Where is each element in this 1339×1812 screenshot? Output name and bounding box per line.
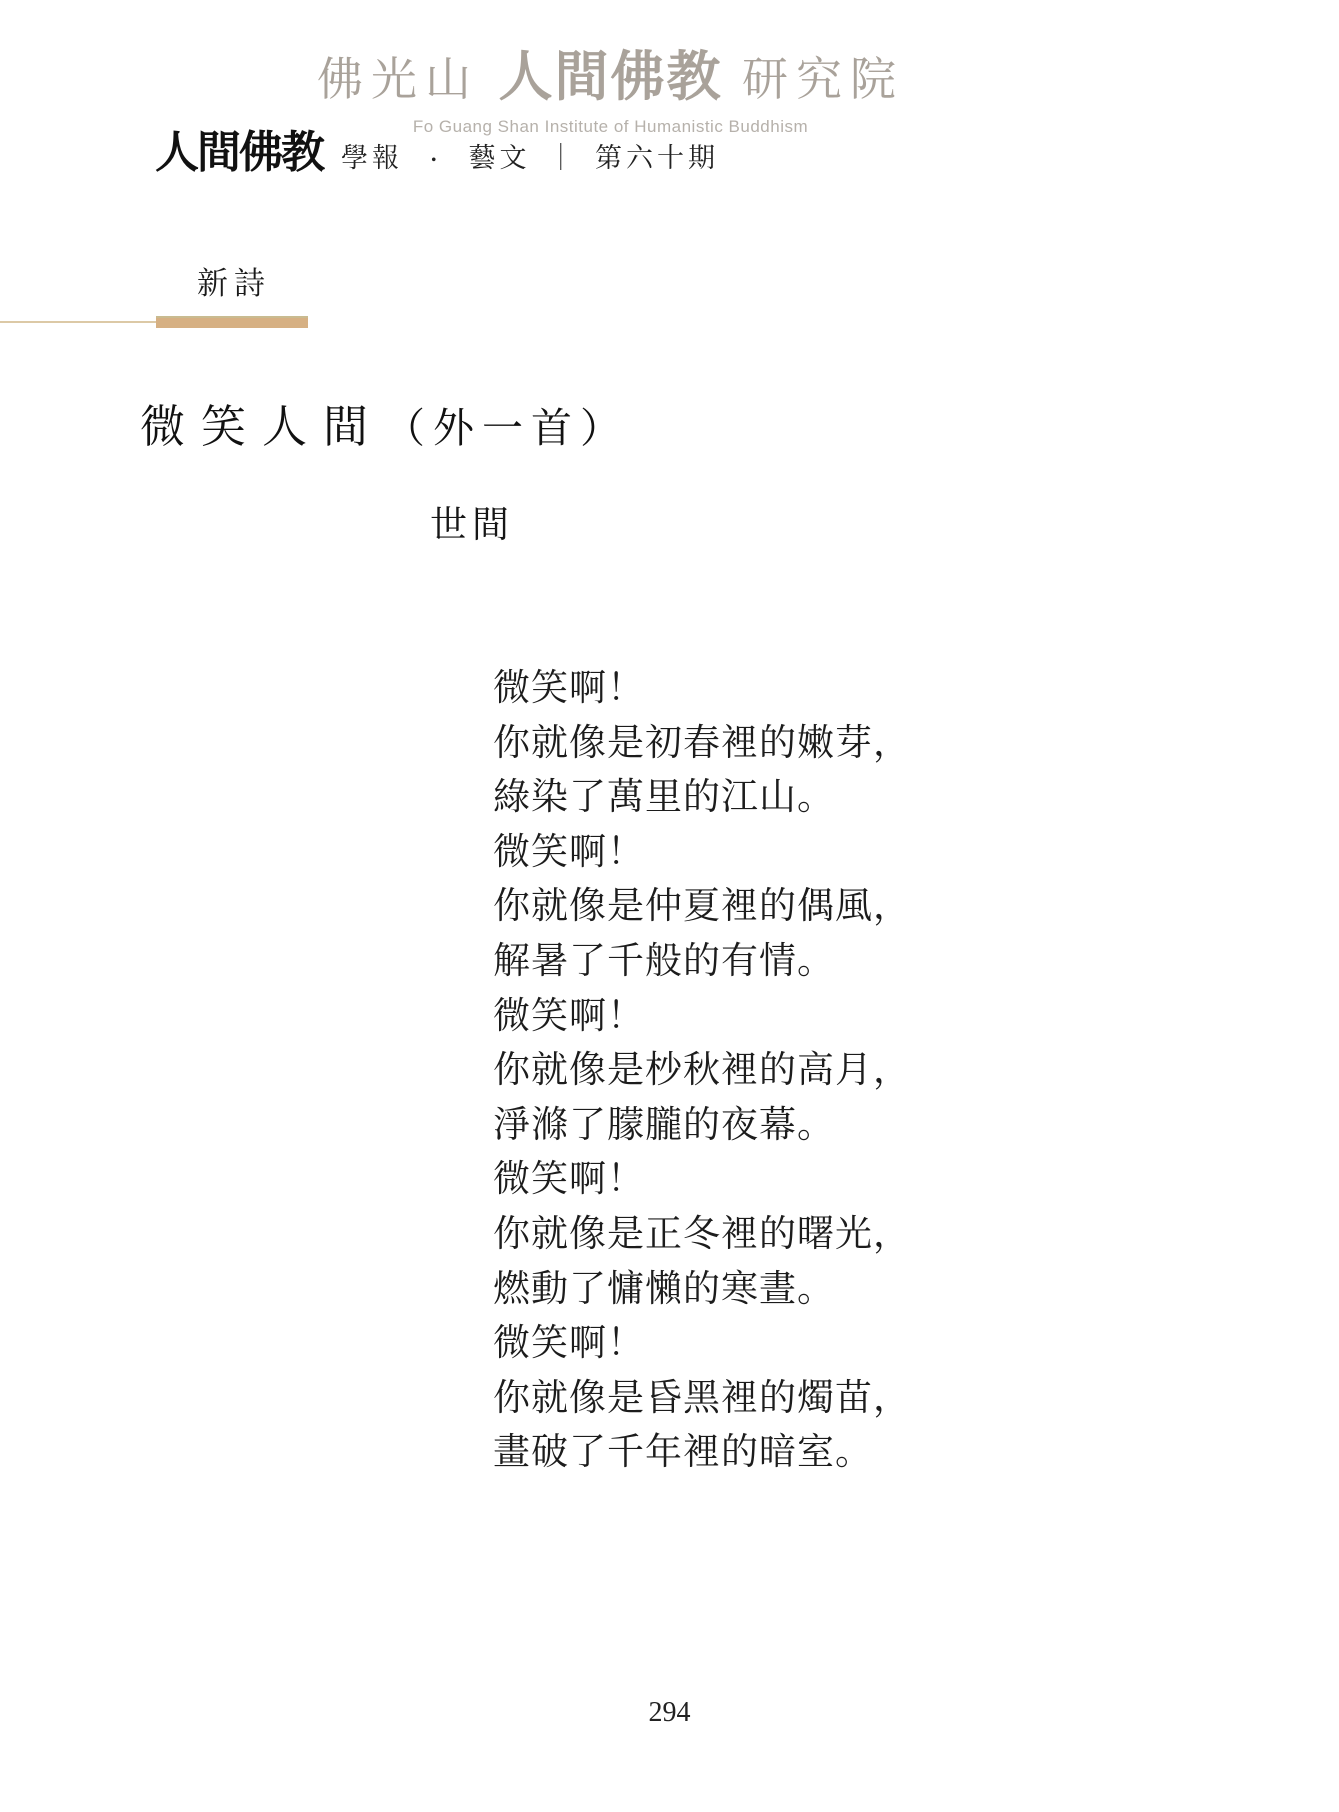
poem-line: 你就像是昏黑裡的燭苗， [493, 1372, 911, 1427]
journal-dot-separator: ・ [424, 150, 448, 172]
institute-logo-chinese: 佛光山 人間佛教 研究院 [0, 34, 1221, 111]
journal-brand-calligraphy: 人間佛教 [155, 116, 323, 180]
logo-prefix: 佛光山 [317, 54, 479, 105]
poem-body: 微笑啊！ 你就像是初春裡的嫩芽， 綠染了萬里的江山。 微笑啊！ 你就像是仲夏裡的… [493, 662, 911, 1481]
logo-suffix: 研究院 [742, 54, 904, 105]
poem-line: 你就像是仲夏裡的偶風， [493, 880, 911, 935]
article-title-suffix: （外一首） [384, 404, 629, 452]
journal-page: 佛光山 人間佛教 研究院 Fo Guang Shan Institute of … [0, 0, 1339, 1812]
poem-line: 綠染了萬里的江山。 [493, 771, 911, 826]
poem-line: 淨滌了朦朧的夜幕。 [493, 1099, 911, 1154]
section-rule-accent-bar [156, 316, 308, 328]
journal-issue-info: 學報 ・ 藝文 ｜ 第六十期 [341, 136, 719, 175]
poem-line: 畫破了千年裡的暗室。 [493, 1426, 911, 1481]
poem-line: 微笑啊！ [493, 1317, 911, 1372]
poem-line: 你就像是正冬裡的曙光， [493, 1208, 911, 1263]
poem-line: 燃動了慵懶的寒晝。 [493, 1263, 911, 1318]
poem-line: 微笑啊！ [493, 990, 911, 1045]
journal-section: 藝文 [469, 143, 531, 173]
poem-line: 微笑啊！ [493, 826, 911, 881]
section-label-new-poetry: 新詩 [197, 258, 271, 303]
section-rule-thin [0, 321, 156, 323]
journal-bar-separator: ｜ [547, 143, 578, 173]
page-number: 294 [0, 1697, 1339, 1729]
poem-line: 你就像是初春裡的嫩芽， [493, 717, 911, 772]
poem-line: 微笑啊！ [493, 1153, 911, 1208]
journal-issue-number: 第六十期 [595, 143, 719, 173]
poem-line: 解暑了千般的有情。 [493, 935, 911, 990]
journal-title-line: 人間佛教 學報 ・ 藝文 ｜ 第六十期 [155, 116, 719, 180]
logo-brand-calligraphy: 人間佛教 [499, 44, 723, 108]
journal-title: 學報 [341, 143, 403, 173]
article-title: 微笑人間（外一首） [140, 390, 629, 455]
article-subtitle: 世間 [430, 494, 514, 548]
poem-line: 你就像是杪秋裡的高月， [493, 1044, 911, 1099]
article-title-main: 微笑人間 [140, 400, 384, 453]
poem-line: 微笑啊！ [493, 662, 911, 717]
